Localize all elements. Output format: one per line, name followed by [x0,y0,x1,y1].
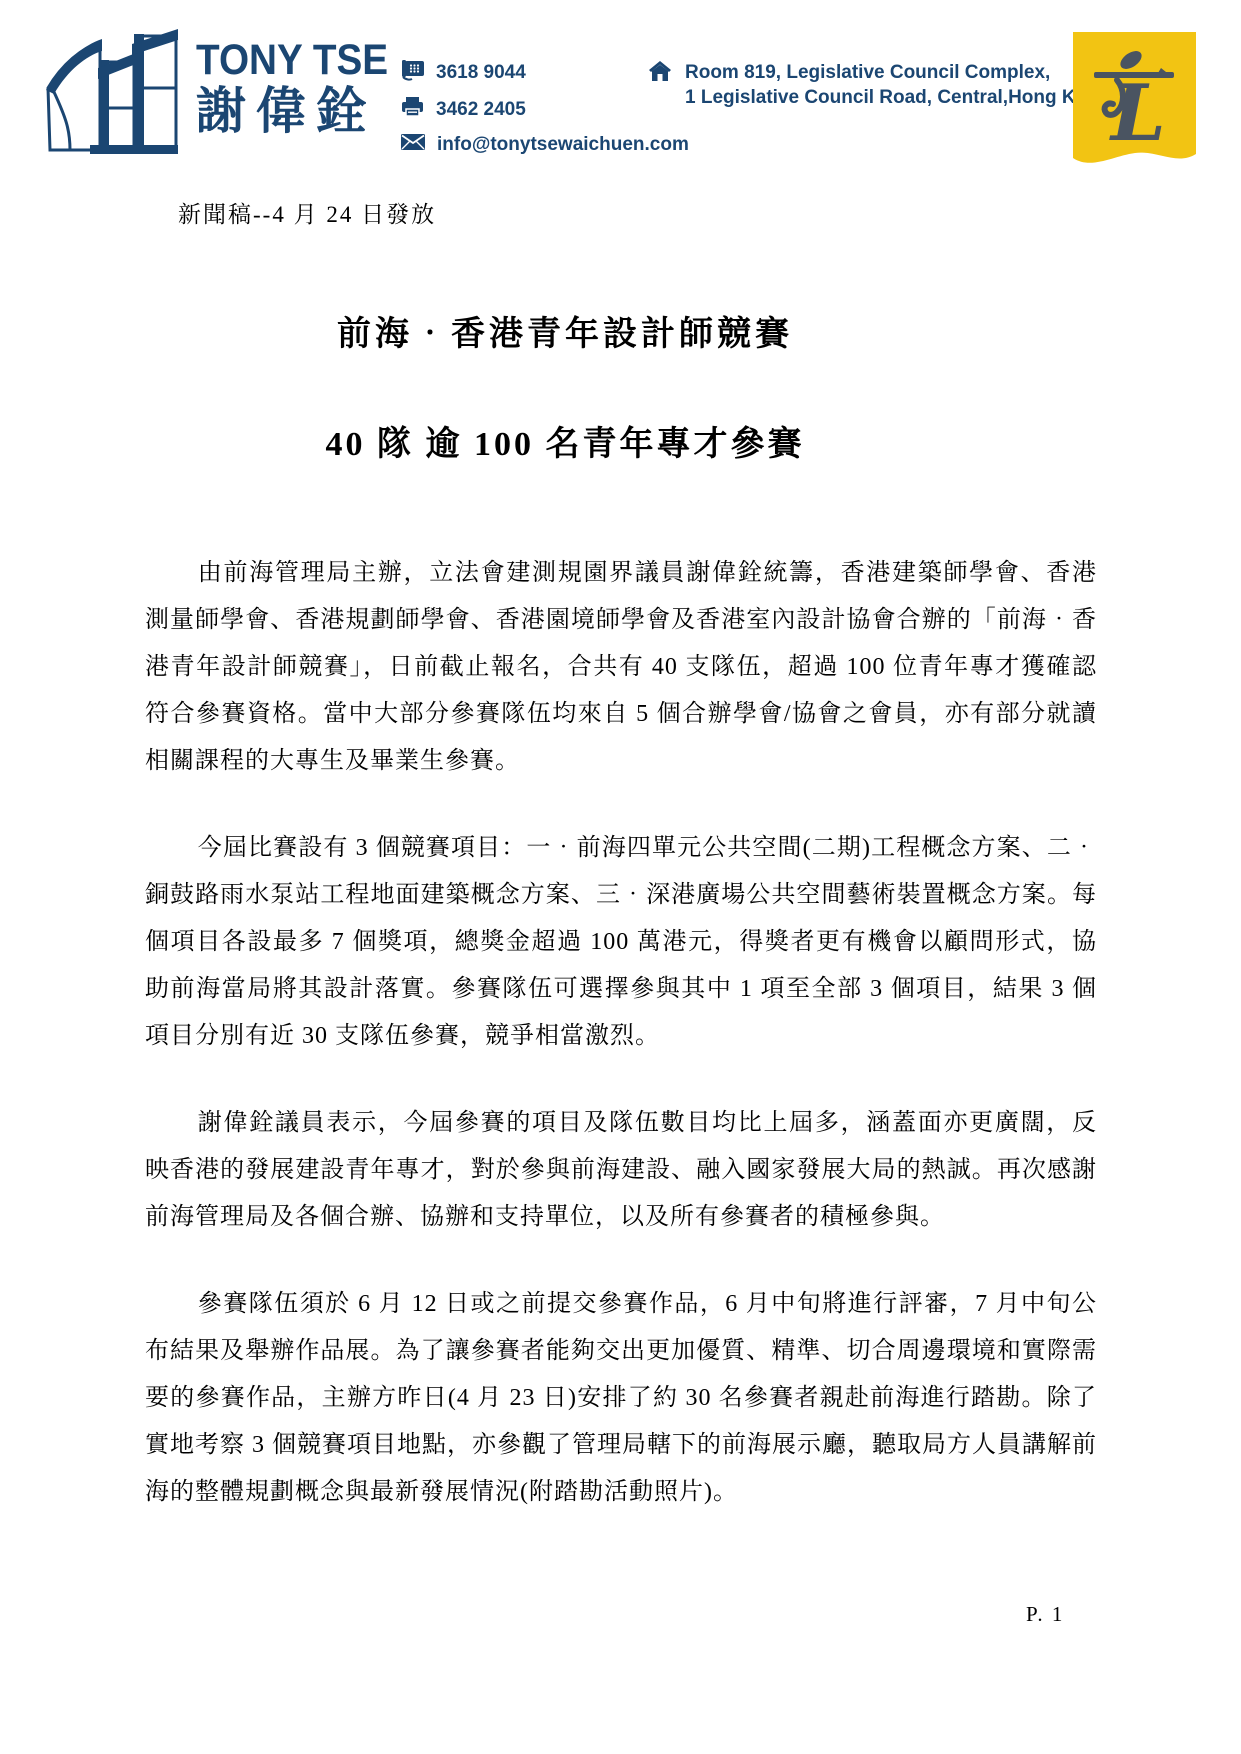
document-title: 前海‧香港青年設計師競賽 [145,306,985,355]
address-line-2: 1 Legislative Council Road, Central,Hong… [685,87,1110,108]
brand-text-block: TONY TSE 謝偉銓 [196,38,409,140]
svg-text:L: L [1109,68,1166,159]
contact-list: 3618 9044 3462 2405 info@tonytsewaichuen… [400,58,689,157]
paragraph-2: 今屆比賽設有 3 個競賽項目：一‧前海四單元公共空間(二期)工程概念方案、二‧銅… [145,825,1097,1060]
fax-number: 3462 2405 [436,99,526,121]
paragraph-3: 謝偉銓議員表示，今屆參賽的項目及隊伍數目均比上屆多，涵蓋面亦更廣闊，反映香港的發… [145,1100,1097,1241]
phone-icon [400,58,425,87]
brand-name-en: TONY TSE [196,38,388,82]
document-subtitle: 40 隊 逾 100 名青年專才參賽 [145,416,985,465]
paragraph-1: 由前海管理局主辦，立法會建測規園界議員謝偉銓統籌，香港建築師學會、香港測量師學會… [145,550,1097,785]
home-icon [648,60,672,89]
release-line: 新聞稿--4 月 24 日發放 [178,196,436,229]
address-block: Room 819, Legislative Council Complex, 1… [648,60,1110,110]
email-address: info@tonytsewaichuen.com [437,134,689,156]
email-icon [400,133,426,157]
address-line-1: Room 819, Legislative Council Complex, [685,62,1050,83]
brand-name-zh: 謝偉銓 [196,82,409,140]
building-logo-icon [38,24,188,156]
phone-number: 3618 9044 [436,62,526,84]
address-text: Room 819, Legislative Council Complex, 1… [685,60,1110,110]
page-number: P. 1 [1026,1602,1064,1627]
contact-row-fax: 3462 2405 [400,96,689,124]
legco-logo: L [1073,32,1196,174]
press-release-page: TONY TSE 謝偉銓 3618 9044 3462 2405 info@to… [0,0,1241,1754]
contact-row-email: info@tonytsewaichuen.com [400,133,689,157]
fax-icon [400,96,425,124]
contact-row-phone: 3618 9044 [400,58,689,87]
paragraph-4: 參賽隊伍須於 6 月 12 日或之前提交參賽作品，6 月中旬將進行評審，7 月中… [145,1281,1097,1516]
document-body: 由前海管理局主辦，立法會建測規園界議員謝偉銓統籌，香港建築師學會、香港測量師學會… [145,550,1097,1556]
